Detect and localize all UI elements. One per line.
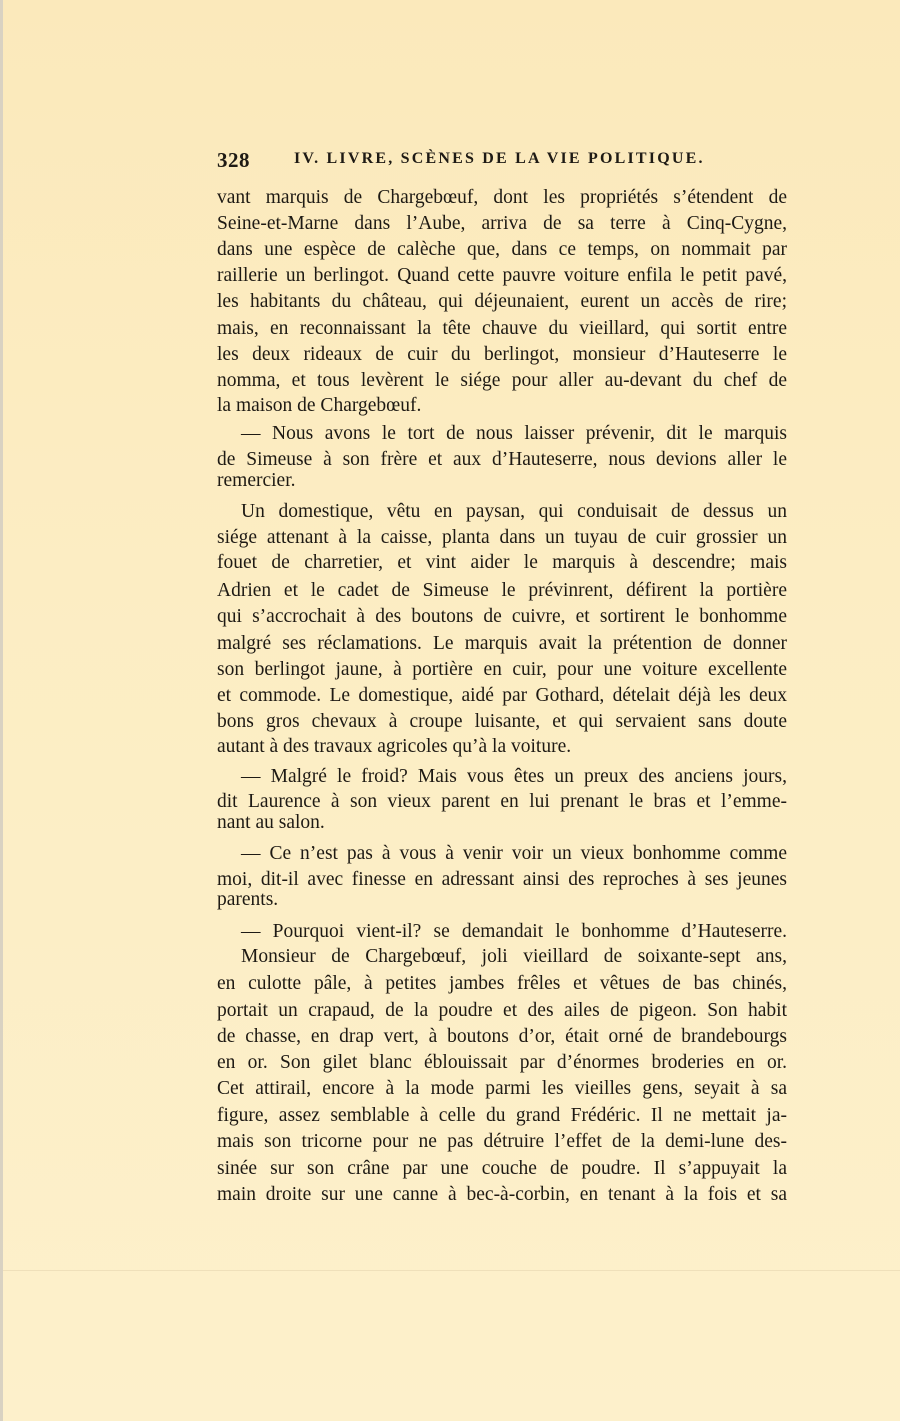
text-line: Un domestique, vêtu en paysan, qui condu… — [217, 500, 787, 524]
text-line: Monsieur de Chargebœuf, joli vieillard d… — [217, 945, 787, 969]
text-line: parents. — [217, 888, 787, 912]
text-line: malgré ses réclamations. Le marquis avai… — [217, 632, 787, 656]
text-line: remercier. — [217, 469, 787, 493]
running-title: IV. LIVRE, SCÈNES DE LA VIE POLITIQUE. — [294, 150, 705, 168]
text-line: la maison de Chargebœuf. — [217, 394, 787, 418]
paper-fold-line — [3, 1270, 900, 1271]
text-line: autant à des travaux agricoles qu’à la v… — [217, 735, 787, 759]
text-line: en culotte pâle, à petites jambes frêles… — [217, 972, 787, 996]
text-line: vant marquis de Chargebœuf, dont les pro… — [217, 186, 787, 210]
text-line: Cet attirail, encore à la mode parmi les… — [217, 1077, 787, 1101]
running-head: 328 IV. LIVRE, SCÈNES DE LA VIE POLITIQU… — [217, 148, 787, 174]
text-line: de chasse, en drap vert, à boutons d’or,… — [217, 1025, 787, 1049]
text-line: son berlingot jaune, à portière en cuir,… — [217, 658, 787, 682]
text-line: — Nous avons le tort de nous laisser pré… — [217, 422, 787, 446]
text-line: siége attenant à la caisse, planta dans … — [217, 526, 787, 550]
page-number: 328 — [217, 148, 250, 173]
text-line: qui s’accrochait à des boutons de cuivre… — [217, 605, 787, 629]
text-line: Adrien et le cadet de Simeuse le prévinr… — [217, 579, 787, 603]
text-line: raillerie un berlingot. Quand cette pauv… — [217, 264, 787, 288]
text-line: — Malgré le froid? Mais vous êtes un pre… — [217, 765, 787, 789]
text-line: mais son tricorne pour ne pas détruire l… — [217, 1130, 787, 1154]
text-line: les habitants du château, qui déjeunaien… — [217, 290, 787, 314]
text-line: nomma, et tous levèrent le siége pour al… — [217, 369, 787, 393]
text-line: figure, assez semblable à celle du grand… — [217, 1104, 787, 1128]
text-line: mais, en reconnaissant la tête chauve du… — [217, 317, 787, 341]
text-line: Seine-et-Marne dans l’Aube, arriva de sa… — [217, 212, 787, 236]
text-line: nant au salon. — [217, 811, 787, 835]
text-line: dans une espèce de calèche que, dans ce … — [217, 238, 787, 262]
text-line: les deux rideaux de cuir du berlingot, m… — [217, 343, 787, 367]
text-line: sinée sur son crâne par une couche de po… — [217, 1157, 787, 1181]
text-line: portait un crapaud, de la poudre et des … — [217, 999, 787, 1023]
text-line: main droite sur une canne à bec-à-corbin… — [217, 1183, 787, 1207]
book-page: 328 IV. LIVRE, SCÈNES DE LA VIE POLITIQU… — [0, 0, 900, 1421]
text-line: — Ce n’est pas à vous à venir voir un vi… — [217, 842, 787, 866]
text-line: et commode. Le domestique, aidé par Goth… — [217, 684, 787, 708]
text-line: bons gros chevaux à croupe luisante, et … — [217, 710, 787, 734]
text-line: fouet de charretier, et vint aider le ma… — [217, 551, 787, 575]
text-line: — Pourquoi vient-il? se demandait le bon… — [217, 920, 787, 944]
text-line: en or. Son gilet blanc éblouissait par d… — [217, 1051, 787, 1075]
